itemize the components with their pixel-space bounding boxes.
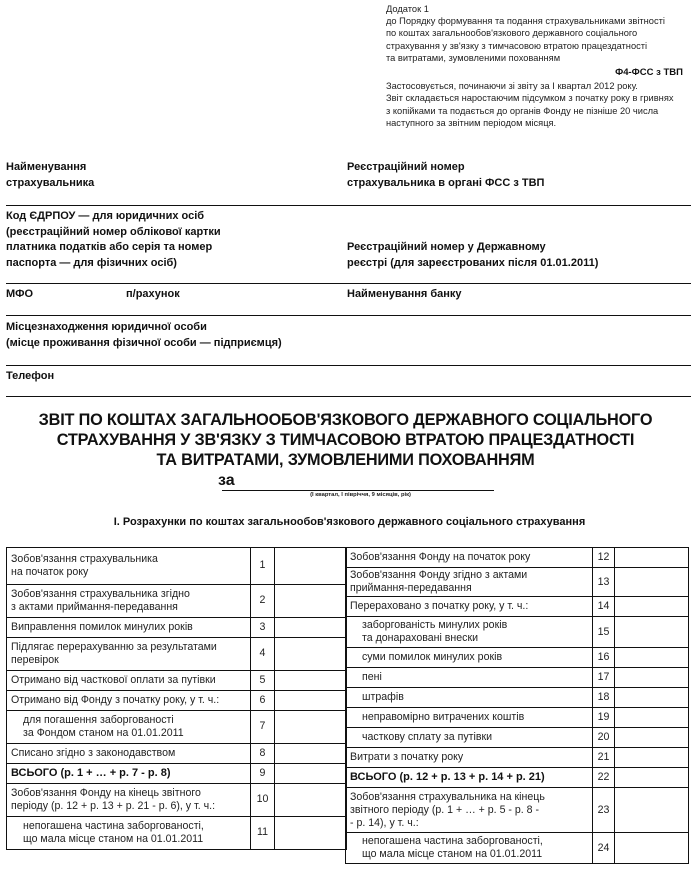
row-value-input[interactable]	[275, 671, 347, 691]
row-value-input[interactable]	[615, 648, 689, 668]
table-row: для погашення заборгованостіза Фондом ст…	[7, 711, 347, 744]
field-divider	[6, 283, 691, 284]
table-row: непогашена частина заборгованості,що мал…	[7, 817, 347, 850]
row-label-line: ВСЬОГО (р. 1 + … + р. 7 - р. 8)	[11, 767, 246, 780]
table-row: Перераховано з початку року, у т. ч.:14	[346, 597, 689, 617]
row-label: ВСЬОГО (р. 1 + … + р. 7 - р. 8)	[7, 764, 251, 784]
table-row: штрафів18	[346, 688, 689, 708]
applies-line: Звіт складається наростаючим підсумком з…	[386, 92, 691, 104]
field-divider	[6, 315, 691, 316]
row-label-line: періоду (р. 12 + р. 13 + р. 21 - р. 6), …	[11, 800, 246, 813]
label-line: Місцезнаходження юридичної особи	[6, 320, 282, 336]
left-calculation-table: Зобов'язання страхувальникана початок ро…	[6, 547, 347, 850]
row-label-line: - р. 14), у т. ч.:	[350, 817, 588, 830]
row-label-line: перевірок	[11, 654, 246, 667]
row-value-input[interactable]	[615, 768, 689, 788]
row-label-line: для погашення заборгованості	[23, 714, 246, 727]
row-label: Зобов'язання Фонду на кінець звітногопер…	[7, 784, 251, 817]
period-hint: (I квартал, I півріччя, 9 місяців, рік)	[0, 492, 691, 498]
account-label: п/рахунок	[126, 287, 180, 303]
row-label-line: ВСЬОГО (р. 12 + р. 13 + р. 14 + р. 21)	[350, 771, 588, 784]
label-line: реєстрі (для зареєстрованих після 01.01.…	[347, 256, 598, 272]
fss-reg-number-label: Реєстраційний номер страхувальника в орг…	[347, 160, 544, 191]
row-number: 2	[251, 585, 275, 618]
field-divider	[6, 205, 691, 206]
row-label-line: що мала місце станом на 01.01.2011	[362, 848, 588, 861]
table-row: Списано згідно з законодавством8	[7, 744, 347, 764]
row-label-line: часткову сплату за путівки	[362, 731, 588, 744]
period-prefix: за	[218, 472, 235, 490]
row-number: 12	[593, 548, 615, 568]
row-number: 8	[251, 744, 275, 764]
appendix-line: та витратами, зумовленими похованням	[386, 52, 691, 64]
label-line: страхувальника в органі ФСС з ТВП	[347, 176, 544, 192]
applies-note: Застосовується, починаючи зі звіту за I …	[386, 80, 691, 130]
row-number: 16	[593, 648, 615, 668]
label-line: (місце проживання фізичної особи — підпр…	[6, 336, 282, 352]
label-line: Код ЄДРПОУ — для юридичних осіб	[6, 209, 221, 225]
table-row: Зобов'язання Фонду згідно з актамиприйма…	[346, 568, 689, 597]
table-row: Зобов'язання страхувальника на кінецьзві…	[346, 788, 689, 833]
row-label: Перераховано з початку року, у т. ч.:	[346, 597, 593, 617]
table-row: Зобов'язання страхувальника згідноз акта…	[7, 585, 347, 618]
row-label: Зобов'язання страхувальникана початок ро…	[7, 548, 251, 585]
row-number: 23	[593, 788, 615, 833]
row-label-line: Витрати з початку року	[350, 751, 588, 764]
row-value-input[interactable]	[615, 668, 689, 688]
row-label: Підлягає перерахуванню за результатамипе…	[7, 638, 251, 671]
row-label-line: Зобов'язання Фонду згідно з актами	[350, 569, 588, 582]
row-label: Зобов'язання страхувальника згідноз акта…	[7, 585, 251, 618]
row-label-line: Перераховано з початку року, у т. ч.:	[350, 600, 588, 613]
row-label-line: та донараховані внески	[362, 632, 588, 645]
row-number: 18	[593, 688, 615, 708]
row-label-line: неправомірно витрачених коштів	[362, 711, 588, 724]
row-label: ВСЬОГО (р. 12 + р. 13 + р. 14 + р. 21)	[346, 768, 593, 788]
row-label-line: непогашена частина заборгованості,	[23, 820, 246, 833]
applies-line: Застосовується, починаючи зі звіту за I …	[386, 80, 691, 92]
row-number: 24	[593, 833, 615, 864]
row-value-input[interactable]	[275, 691, 347, 711]
row-label: пені	[346, 668, 593, 688]
table-row: Зобов'язання Фонду на початок року12	[346, 548, 689, 568]
state-registry-label: Реєстраційний номер у Державному реєстрі…	[347, 240, 598, 271]
row-label-line: суми помилок минулих років	[362, 651, 588, 664]
row-value-input[interactable]	[615, 548, 689, 568]
row-number: 21	[593, 748, 615, 768]
label-line: платника податків або серія та номер	[6, 240, 221, 256]
appendix-line: Додаток 1	[386, 3, 691, 15]
row-value-input[interactable]	[275, 548, 347, 585]
row-label: Отримано від Фонду з початку року, у т. …	[7, 691, 251, 711]
table-row: Зобов'язання Фонду на кінець звітногопер…	[7, 784, 347, 817]
table-row: Виправлення помилок минулих років3	[7, 618, 347, 638]
period-field[interactable]	[222, 490, 494, 491]
row-value-input[interactable]	[615, 597, 689, 617]
row-number: 4	[251, 638, 275, 671]
row-number: 5	[251, 671, 275, 691]
row-label: Зобов'язання Фонду на початок року	[346, 548, 593, 568]
table-row: Отримано від часткової оплати за путівки…	[7, 671, 347, 691]
form-code: Ф4-ФСС з ТВП	[615, 67, 683, 78]
row-value-input[interactable]	[615, 748, 689, 768]
row-value-input[interactable]	[615, 728, 689, 748]
row-value-input[interactable]	[615, 833, 689, 864]
row-label-line: звітного періоду (р. 1 + … + р. 5 - р. 8…	[350, 804, 588, 817]
table-row: Отримано від Фонду з початку року, у т. …	[7, 691, 347, 711]
row-value-input[interactable]	[275, 585, 347, 618]
table-row: непогашена частина заборгованості,що мал…	[346, 833, 689, 864]
row-label: непогашена частина заборгованості,що мал…	[7, 817, 251, 850]
row-value-input[interactable]	[275, 817, 347, 850]
edrpou-label: Код ЄДРПОУ — для юридичних осіб (реєстра…	[6, 209, 221, 271]
section-title: I. Розрахунки по коштах загальнообов'язк…	[0, 516, 691, 528]
title-line: ЗВІТ ПО КОШТАХ ЗАГАЛЬНООБОВ'ЯЗКОВОГО ДЕР…	[0, 410, 691, 430]
right-calculation-table: Зобов'язання Фонду на початок року12Зобо…	[345, 547, 689, 864]
label-line: страхувальника	[6, 176, 94, 192]
title-line: СТРАХУВАННЯ У ЗВ'ЯЗКУ З ТИМЧАСОВОЮ ВТРАТ…	[0, 430, 691, 450]
table-row: Зобов'язання страхувальникана початок ро…	[7, 548, 347, 585]
appendix-line: по коштах загальнообов'язкового державно…	[386, 27, 691, 39]
appendix-line: до Порядку формування та подання страхув…	[386, 15, 691, 27]
table-row: ВСЬОГО (р. 12 + р. 13 + р. 14 + р. 21)22	[346, 768, 689, 788]
row-label-line: пені	[362, 671, 588, 684]
row-number: 19	[593, 708, 615, 728]
row-label-line: Виправлення помилок минулих років	[11, 621, 246, 634]
applies-line: з копійками та подається до органів Фонд…	[386, 105, 691, 117]
row-number: 10	[251, 784, 275, 817]
row-label-line: на початок року	[11, 566, 246, 579]
mfo-label: МФО	[6, 287, 33, 303]
row-label: Зобов'язання страхувальника на кінецьзві…	[346, 788, 593, 833]
row-value-input[interactable]	[275, 618, 347, 638]
row-label: Зобов'язання Фонду згідно з актамиприйма…	[346, 568, 593, 597]
row-label-line: Зобов'язання страхувальника на кінець	[350, 791, 588, 804]
row-value-input[interactable]	[275, 744, 347, 764]
row-number: 15	[593, 617, 615, 648]
row-label: непогашена частина заборгованості,що мал…	[346, 833, 593, 864]
label-line: (реєстраційний номер облікової картки	[6, 225, 221, 241]
location-label: Місцезнаходження юридичної особи (місце …	[6, 320, 282, 351]
table-row: часткову сплату за путівки20	[346, 728, 689, 748]
row-value-input[interactable]	[615, 788, 689, 833]
appendix-line: страхування у зв'язку з тимчасовою втрат…	[386, 40, 691, 52]
row-number: 3	[251, 618, 275, 638]
row-value-input[interactable]	[615, 568, 689, 597]
bank-name-label: Найменування банку	[347, 287, 462, 303]
field-divider	[6, 365, 691, 366]
row-number: 14	[593, 597, 615, 617]
row-number: 11	[251, 817, 275, 850]
row-label-line: непогашена частина заборгованості,	[362, 835, 588, 848]
row-label: Витрати з початку року	[346, 748, 593, 768]
row-number: 7	[251, 711, 275, 744]
row-value-input[interactable]	[275, 638, 347, 671]
row-label-line: Отримано від Фонду з початку року, у т. …	[11, 694, 246, 707]
row-label: часткову сплату за путівки	[346, 728, 593, 748]
row-value-input[interactable]	[275, 784, 347, 817]
insurer-name-label: Найменування страхувальника	[6, 160, 94, 191]
label-line: Реєстраційний номер у Державному	[347, 240, 598, 256]
row-label-line: Списано згідно з законодавством	[11, 747, 246, 760]
row-label-line: що мала місце станом на 01.01.2011	[23, 833, 246, 846]
row-label-line: приймання-передавання	[350, 582, 588, 595]
row-label: штрафів	[346, 688, 593, 708]
row-number: 13	[593, 568, 615, 597]
row-label-line: Зобов'язання страхувальника згідно	[11, 588, 246, 601]
table-row: Підлягає перерахуванню за результатамипе…	[7, 638, 347, 671]
row-label: Списано згідно з законодавством	[7, 744, 251, 764]
row-label-line: Зобов'язання страхувальника	[11, 553, 246, 566]
table-row: заборгованість минулих роківта донарахов…	[346, 617, 689, 648]
report-title: ЗВІТ ПО КОШТАХ ЗАГАЛЬНООБОВ'ЯЗКОВОГО ДЕР…	[0, 410, 691, 470]
table-row: пені17	[346, 668, 689, 688]
row-number: 17	[593, 668, 615, 688]
field-divider	[6, 396, 691, 397]
row-number: 20	[593, 728, 615, 748]
row-label: Виправлення помилок минулих років	[7, 618, 251, 638]
row-label: неправомірно витрачених коштів	[346, 708, 593, 728]
label-line: Реєстраційний номер	[347, 160, 544, 176]
row-label: Отримано від часткової оплати за путівки	[7, 671, 251, 691]
table-row: суми помилок минулих років16	[346, 648, 689, 668]
row-label: суми помилок минулих років	[346, 648, 593, 668]
row-value-input[interactable]	[615, 708, 689, 728]
row-label-line: Зобов'язання Фонду на початок року	[350, 551, 588, 564]
label-line: Найменування	[6, 160, 94, 176]
row-label-line: штрафів	[362, 691, 588, 704]
row-label: заборгованість минулих роківта донарахов…	[346, 617, 593, 648]
applies-line: наступного за звітним періодом місяця.	[386, 117, 691, 129]
row-number: 9	[251, 764, 275, 784]
row-value-input[interactable]	[275, 764, 347, 784]
row-value-input[interactable]	[615, 617, 689, 648]
row-label-line: за Фондом станом на 01.01.2011	[23, 727, 246, 740]
row-number: 1	[251, 548, 275, 585]
appendix-note: Додаток 1 до Порядку формування та подан…	[386, 3, 691, 64]
row-value-input[interactable]	[615, 688, 689, 708]
label-line: паспорта — для фізичних осіб)	[6, 256, 221, 272]
row-label-line: Підлягає перерахуванню за результатами	[11, 641, 246, 654]
row-label-line: заборгованість минулих років	[362, 619, 588, 632]
row-label-line: Отримано від часткової оплати за путівки	[11, 674, 246, 687]
table-row: Витрати з початку року21	[346, 748, 689, 768]
row-label-line: Зобов'язання Фонду на кінець звітного	[11, 787, 246, 800]
title-line: ТА ВИТРАТАМИ, ЗУМОВЛЕНИМИ ПОХОВАННЯМ	[0, 450, 691, 470]
phone-label: Телефон	[6, 369, 54, 385]
row-number: 22	[593, 768, 615, 788]
row-label: для погашення заборгованостіза Фондом ст…	[7, 711, 251, 744]
table-row: ВСЬОГО (р. 1 + … + р. 7 - р. 8)9	[7, 764, 347, 784]
table-row: неправомірно витрачених коштів19	[346, 708, 689, 728]
row-value-input[interactable]	[275, 711, 347, 744]
row-number: 6	[251, 691, 275, 711]
row-label-line: з актами приймання-передавання	[11, 601, 246, 614]
